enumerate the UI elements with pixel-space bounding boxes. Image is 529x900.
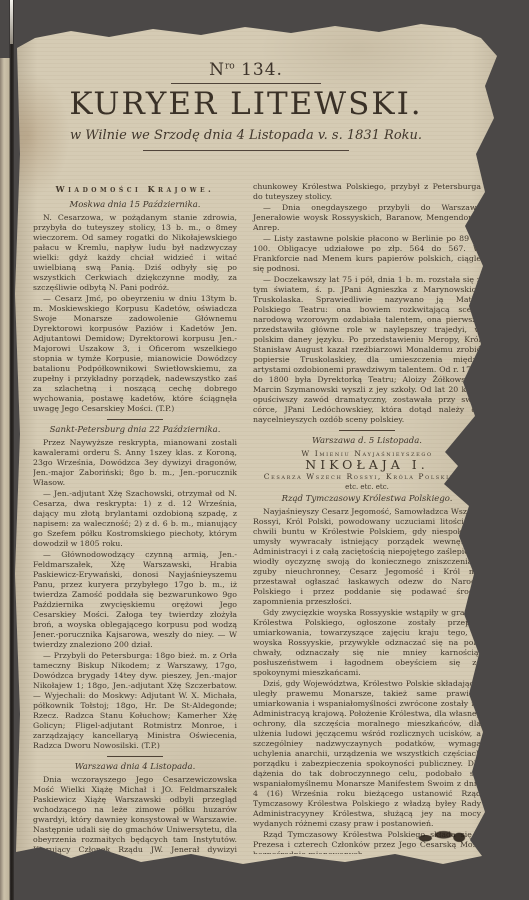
masthead: Nro 134. KURYER LITEWSKI. w Wilnie we Sr… <box>21 60 471 151</box>
binding-shadow <box>9 0 14 900</box>
right-column: chunkowey Królestwa Polskiego, przybył z… <box>253 182 481 854</box>
paragraph: — Listy zastawne polskie płacono w Berli… <box>253 234 481 274</box>
dateline: w Wilnie we Srzodę dnia 4 Listopada v. s… <box>21 128 471 143</box>
paragraph: Dziś, gdy Województwa, Królestwo Polskie… <box>253 679 481 829</box>
paragraph: — Doczekawszy lat 75 i pół, dnia 1 b. m.… <box>253 275 481 425</box>
dateline-subhead: Warszawa dnia 4 Listopada. <box>33 762 237 772</box>
etc-line: etc. etc. etc. <box>253 482 481 492</box>
paragraph: — Jen.-adjutant Xżę Szachowski, otrzymał… <box>33 489 237 549</box>
paragraph: — Cesarz Jmć, po obeyrzeniu w dniu 13tym… <box>33 294 237 414</box>
photo-backdrop: Nro 134. KURYER LITEWSKI. w Wilnie we Sr… <box>0 0 529 900</box>
dateline-subhead: Sankt-Petersburg dnia 22 Października. <box>33 425 237 435</box>
section-divider <box>339 430 395 431</box>
paragraph: N. Cesarzowa, w pożądanym stanie zdrowia… <box>33 213 237 293</box>
paragraph: Przez Naywyższe reskrypta, mianowani zos… <box>33 438 237 488</box>
issue-number: Nro 134. <box>21 60 471 80</box>
paragraph: — Przybyli do Petersburga: 18go bież. m.… <box>33 651 237 751</box>
paragraph: Dnia wczorayszego Jego Cesarzewiczowska … <box>33 775 237 854</box>
newspaper-page: Nro 134. KURYER LITEWSKI. w Wilnie we Sr… <box>13 14 506 880</box>
section-divider <box>107 756 163 757</box>
dateline-subhead: Moskwa dnia 15 Października. <box>33 200 237 210</box>
article-columns: Wiadomości Krajowe. Moskwa dnia 15 Paźdz… <box>33 182 481 854</box>
section-heading: Wiadomości Krajowe. <box>33 184 237 194</box>
left-column: Wiadomości Krajowe. Moskwa dnia 15 Paźdz… <box>33 182 237 854</box>
paragraph-continuation: chunkowey Królestwa Polskiego, przybył z… <box>253 182 481 202</box>
proclamation-line: Cesarza Wszech Rossyi, Króla Polskiego, <box>253 472 481 482</box>
paragraph: Gdy zwycięzkie woyska Rossyyskie wstąpił… <box>253 608 481 678</box>
government-subhead: Rząd Tymczasowy Królestwa Polskiego. <box>253 494 481 504</box>
paragraph: — Dnia onegdayszego przybyli do Warszawy… <box>253 203 481 233</box>
masthead-rule <box>143 150 349 151</box>
newspaper-title: KURYER LITEWSKI. <box>21 86 471 122</box>
dateline-subhead: Warszawa d. 5 Listopada. <box>253 436 481 446</box>
section-divider <box>107 419 163 420</box>
page-edge-highlight <box>10 0 13 44</box>
ink-blot <box>415 828 467 845</box>
tsar-name: NIKOŁAJA I. <box>253 460 481 470</box>
issue-rule <box>171 83 321 84</box>
paragraph: Nayjaśnieyszy Cesarz Jegomość, Samowładz… <box>253 507 481 607</box>
paragraph: — Głównodowodzący czynną armią, Jen.-Fel… <box>33 550 237 650</box>
